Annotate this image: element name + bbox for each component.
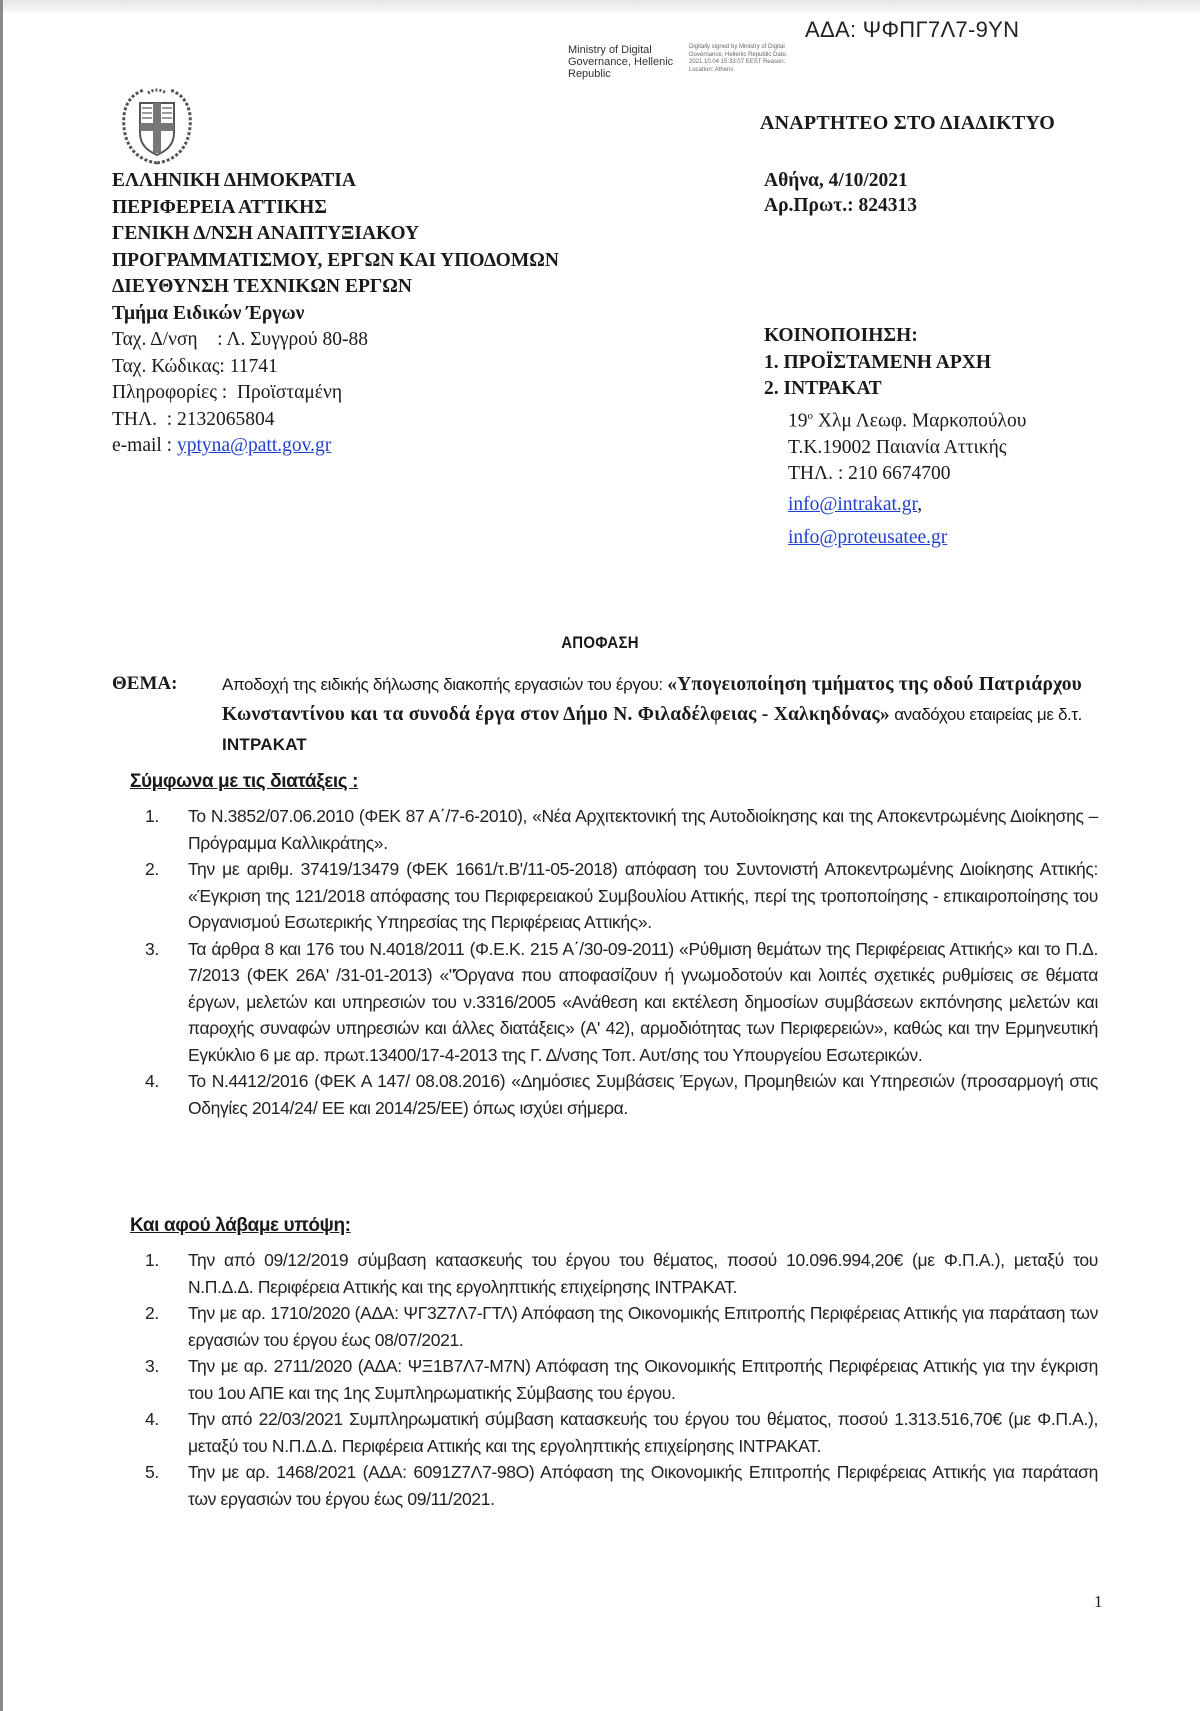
subject-label: ΘΕΜΑ: — [112, 673, 177, 695]
provision-item: 3.Τα άρθρα 8 και 176 του Ν.4018/2011 (Φ.… — [145, 936, 1098, 1069]
consideration-item: 1.Την από 09/12/2019 σύμβαση κατασκευής … — [145, 1247, 1098, 1300]
address-street: Χλμ Λεωφ. Μαρκοπούλου — [813, 410, 1026, 431]
item-number: 4. — [145, 1406, 159, 1433]
issuer-info: Πληροφορίες : Προϊσταμένη — [112, 380, 559, 407]
recipient-email-2-row: info@proteusatee.gr — [764, 521, 1026, 554]
item-text: Την με αριθμ. 37419/13479 (ΦΕΚ 1661/τ.Β'… — [188, 859, 1098, 932]
page-number: 1 — [1094, 1592, 1103, 1612]
greek-state-emblem-icon — [118, 85, 196, 167]
recipient-email-1-link[interactable]: info@intrakat.gr — [788, 494, 917, 515]
item-number: 1. — [145, 1247, 159, 1274]
item-number: 2. — [145, 856, 159, 883]
provisions-heading: Σύμφωνα με τις διατάξεις : — [130, 771, 358, 793]
document-date: Αθήνα, 4/10/2021 — [764, 168, 917, 193]
consideration-item: 5.Την με αρ. 1468/2021 (ΑΔΑ: 6091Ζ7Λ7-98… — [145, 1459, 1098, 1512]
issuer-line: ΠΕΡΙΦΕΡΕΙΑ ΑΤΤΙΚΗΣ — [112, 195, 559, 222]
subject-mid: αναδόχου εταιρείας με δ.τ. — [890, 705, 1082, 724]
recipient-2: 2. ΙΝΤΡΑΚΑΤ — [764, 376, 1026, 403]
protocol-number: Αρ.Πρωτ.: 824313 — [764, 193, 917, 218]
item-number: 4. — [145, 1068, 159, 1095]
considerations-list: 1.Την από 09/12/2019 σύμβαση κατασκευής … — [145, 1247, 1098, 1512]
considerations-heading: Και αφού λάβαμε υπόψη: — [130, 1215, 351, 1237]
item-text: Το Ν.3852/07.06.2010 (ΦΕΚ 87 Α΄/7-6-2010… — [188, 806, 1098, 853]
address-number: 19 — [788, 410, 808, 431]
recipient-address-2: Τ.Κ.19002 Παιανία Αττικής — [764, 435, 1026, 462]
recipient-address-1: 19ο Χλμ Λεωφ. Μαρκοπούλου — [764, 403, 1026, 435]
issuer-email-row: e-mail : yptyna@patt.gov.gr — [112, 433, 559, 460]
issuer-line: ΓΕΝΙΚΗ Δ/ΝΣΗ ΑΝΑΠΤΥΞΙΑΚΟΥ — [112, 221, 559, 248]
issuer-block: ΕΛΛΗΝΙΚΗ ΔΗΜΟΚΡΑΤΙΑ ΠΕΡΙΦΕΡΕΙΑ ΑΤΤΙΚΗΣ Γ… — [112, 168, 559, 460]
provision-item: 4.Το Ν.4412/2016 (ΦΕΚ Α 147/ 08.08.2016)… — [145, 1068, 1098, 1121]
item-text: Την με αρ. 1710/2020 (ΑΔΑ: ΨΓ3Ζ7Λ7-ΓΤΛ) … — [188, 1303, 1098, 1350]
viewer-top-edge — [0, 0, 1200, 12]
item-number: 3. — [145, 1353, 159, 1380]
subject-contractor: ΙΝΤΡΑΚΑΤ — [222, 735, 307, 754]
comma: , — [917, 494, 922, 515]
issuer-line: ΠΡΟΓΡΑΜΜΑΤΙΣΜΟΥ, ΕΡΓΩΝ ΚΑΙ ΥΠΟΔΟΜΩΝ — [112, 248, 559, 275]
issuer-email-link[interactable]: yptyna@patt.gov.gr — [177, 435, 331, 456]
item-number: 5. — [145, 1459, 159, 1486]
provision-item: 2.Την με αριθμ. 37419/13479 (ΦΕΚ 1661/τ.… — [145, 856, 1098, 936]
item-text: Την με αρ. 1468/2021 (ΑΔΑ: 6091Ζ7Λ7-98Ο)… — [188, 1462, 1098, 1509]
document-meta: Αθήνα, 4/10/2021 Αρ.Πρωτ.: 824313 — [764, 168, 917, 218]
item-number: 1. — [145, 803, 159, 830]
item-text: Την με αρ. 2711/2020 (ΑΔΑ: ΨΞ1Β7Λ7-Μ7Ν) … — [188, 1356, 1098, 1403]
provisions-list: 1.Το Ν.3852/07.06.2010 (ΦΕΚ 87 Α΄/7-6-20… — [145, 803, 1098, 1121]
recipient-email-1-row: info@intrakat.gr, — [764, 488, 1026, 521]
item-text: Το Ν.4412/2016 (ΦΕΚ Α 147/ 08.08.2016) «… — [188, 1071, 1098, 1118]
subject-text: Αποδοχή της ειδικής δήλωσης διακοπής εργ… — [222, 670, 1082, 760]
issuer-line: ΕΛΛΗΝΙΚΗ ΔΗΜΟΚΡΑΤΙΑ — [112, 168, 559, 195]
notification-block: ΚΟΙΝΟΠΟΙΗΣΗ: 1. ΠΡΟΪΣΤΑΜΕΝΗ ΑΡΧΗ 2. ΙΝΤΡ… — [764, 323, 1026, 554]
viewer-left-edge — [0, 0, 3, 1711]
consideration-item: 4.Την από 22/03/2021 Συμπληρωματική σύμβ… — [145, 1406, 1098, 1459]
issuer-address: Ταχ. Δ/νση : Λ. Συγγρού 80-88 — [112, 327, 559, 354]
item-text: Την από 22/03/2021 Συμπληρωματική σύμβασ… — [188, 1409, 1098, 1456]
item-number: 3. — [145, 936, 159, 963]
issuer-phone: ΤΗΛ. : 2132065804 — [112, 407, 559, 434]
recipient-phone: ΤΗΛ. : 210 6674700 — [764, 461, 1026, 488]
recipient-1: 1. ΠΡΟΪΣΤΑΜΕΝΗ ΑΡΧΗ — [764, 350, 1026, 377]
ada-code: ΑΔΑ: ΨΦΠΓ7Λ7-9ΥΝ — [805, 17, 1019, 43]
notification-label: ΚΟΙΝΟΠΟΙΗΣΗ: — [764, 323, 1026, 350]
posting-notice: ΑΝΑΡΤΗΤΕΟ ΣΤΟ ΔΙΑΔΙΚΤΥΟ — [760, 112, 1055, 135]
issuer-postal-code: Ταχ. Κώδικας: 11741 — [112, 354, 559, 381]
signature-signer: Ministry of Digital Governance, Hellenic… — [568, 44, 680, 80]
item-number: 2. — [145, 1300, 159, 1327]
recipient-email-2-link[interactable]: info@proteusatee.gr — [788, 527, 947, 548]
signature-details: Digitally signed by Ministry of Digital … — [689, 44, 799, 74]
provision-item: 1.Το Ν.3852/07.06.2010 (ΦΕΚ 87 Α΄/7-6-20… — [145, 803, 1098, 856]
issuer-department: Τμήμα Ειδικών Έργων — [112, 301, 559, 328]
subject-intro: Αποδοχή της ειδικής δήλωσης διακοπής εργ… — [222, 675, 667, 694]
item-text: Τα άρθρα 8 και 176 του Ν.4018/2011 (Φ.Ε.… — [188, 939, 1098, 1065]
decision-title: ΑΠΟΦΑΣΗ — [72, 633, 1128, 653]
issuer-line: ΔΙΕΥΘΥΝΣΗ ΤΕΧΝΙΚΩΝ ΕΡΓΩΝ — [112, 274, 559, 301]
consideration-item: 3.Την με αρ. 2711/2020 (ΑΔΑ: ΨΞ1Β7Λ7-Μ7Ν… — [145, 1353, 1098, 1406]
issuer-email-label: e-mail : — [112, 435, 177, 456]
item-text: Την από 09/12/2019 σύμβαση κατασκευής το… — [188, 1250, 1098, 1297]
consideration-item: 2.Την με αρ. 1710/2020 (ΑΔΑ: ΨΓ3Ζ7Λ7-ΓΤΛ… — [145, 1300, 1098, 1353]
